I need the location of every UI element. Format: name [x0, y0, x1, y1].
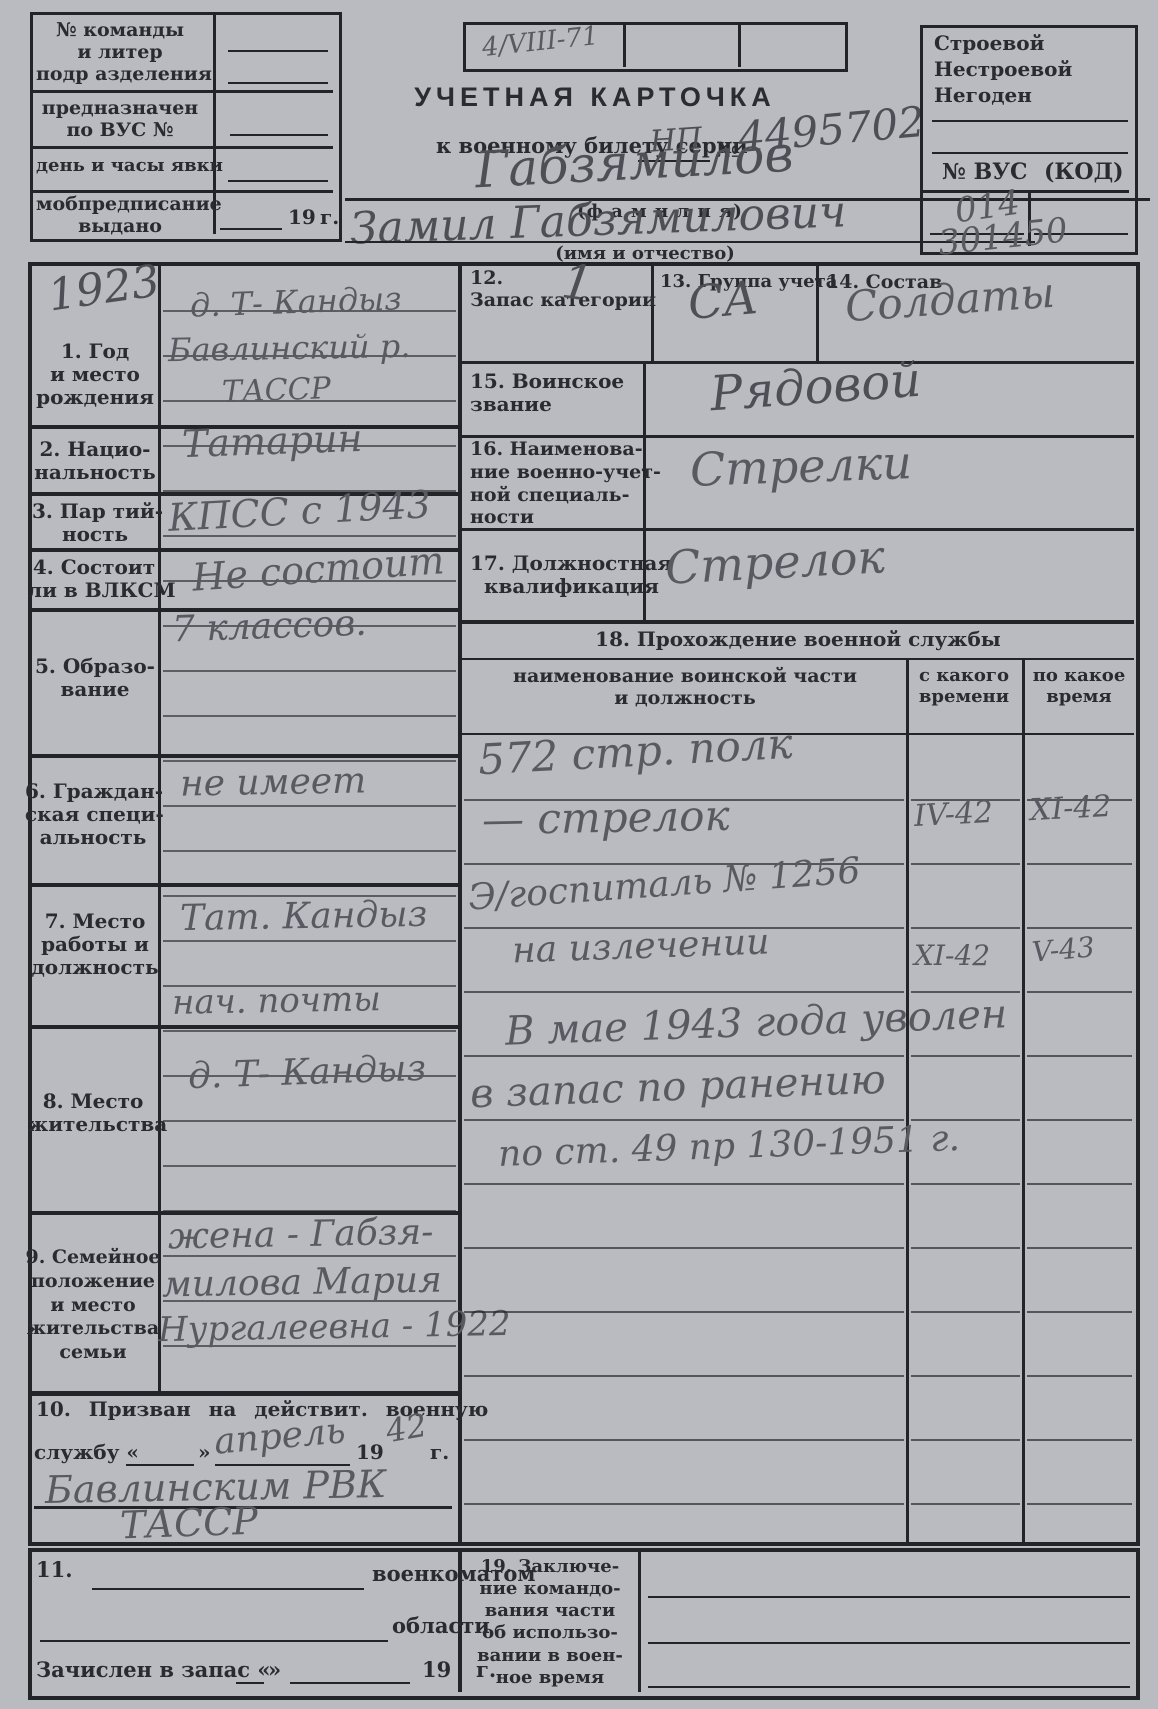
field8-label-l1: 8. Место — [28, 1090, 158, 1113]
blank-line — [648, 1686, 1130, 1688]
service-col3-l2: время — [1024, 687, 1134, 708]
hline — [33, 146, 333, 149]
field3-label-l1: 3. Пар тий- — [32, 500, 158, 523]
field8-label: 8. Место жительства — [28, 1090, 158, 1136]
service-col2-l2: времени — [908, 687, 1020, 708]
field3-label-l2: ность — [32, 523, 158, 546]
row-separator — [32, 1391, 458, 1396]
field9-label-l3: и место — [25, 1294, 161, 1318]
field1-value-l3: ТАССР — [221, 372, 331, 410]
field6-label-l3: альность — [25, 826, 161, 849]
field11-num: 11. — [36, 1558, 73, 1582]
corner-year-g: г. — [320, 206, 339, 229]
field19-label-l3: вания части — [466, 1600, 634, 1622]
field19-label-l5: вании в воен- — [466, 1645, 634, 1667]
corner-row1-l1: № команды — [36, 20, 204, 42]
service-col1-l2: и должность — [480, 688, 890, 710]
corner-row1-l3: подр азделения — [36, 64, 204, 86]
service-table-title: 18. Прохождение военной службы — [462, 628, 1134, 651]
vline — [638, 1552, 641, 1692]
field16-value: Стрелки — [689, 436, 913, 497]
field9-value-l3: Нургалеевна - 1922 — [158, 1305, 511, 1350]
blank-line — [648, 1642, 1130, 1644]
field5-label: 5. Образо- вание — [32, 655, 158, 701]
field19-label-l4: об использо- — [466, 1622, 634, 1644]
field11-zachislen: Зачислен в запас « — [36, 1658, 270, 1682]
blank-line — [92, 1588, 364, 1590]
field5-label-l2: вание — [32, 678, 158, 701]
field2-label-l2: нальность — [32, 461, 158, 484]
field19-label-l2: ние командо- — [466, 1578, 634, 1600]
field2-label-l1: 2. Нацио- — [32, 438, 158, 461]
field1-label-l3: рождения — [32, 386, 158, 409]
field9-label-l2: положение — [25, 1270, 161, 1294]
service-col1-l1: наименование воинской части — [480, 666, 890, 688]
field9-label-l5: семьи — [25, 1341, 161, 1365]
center-divider — [458, 266, 462, 1542]
service-row1-from: IV-42 — [913, 796, 994, 835]
service-row2-to: V-43 — [1031, 931, 1096, 969]
page-title: УЧЕТНАЯ КАРТОЧКА — [395, 82, 795, 113]
service-col3-l1: по какое — [1024, 666, 1134, 687]
field13-value: СА — [686, 271, 760, 330]
field10-year-print: 19 — [356, 1441, 384, 1464]
field15-label-l1: 15. Воинское — [470, 370, 624, 393]
field7-label-l2: работы и — [30, 933, 160, 956]
service-col2-l1: с какого — [908, 666, 1020, 687]
blank-line — [236, 1682, 264, 1684]
field7-value-l2: нач. почты — [172, 980, 382, 1023]
field8-label-l2: жительства — [28, 1113, 158, 1136]
service-row2-from: XI-42 — [914, 940, 990, 972]
field9-value-l1: жена - Габзя- — [168, 1212, 434, 1258]
field7-value-l1: Тат. Кандыз — [180, 894, 428, 940]
vus-label: № ВУС — [942, 160, 1028, 185]
table-col-divider — [1022, 658, 1025, 1542]
field16-label-l4: ности — [470, 506, 661, 529]
corner-row4-l1: мобпредписание — [36, 194, 204, 216]
field15-label-l2: звание — [470, 393, 624, 416]
service-row1-to: XI-42 — [1029, 790, 1112, 829]
field5-label-l1: 5. Образо- — [32, 655, 158, 678]
field6-value: не имеет — [180, 760, 367, 805]
corner-row1-l2: и литер — [36, 42, 204, 64]
field15-label: 15. Воинское звание — [470, 370, 624, 416]
field16-label: 16. Наименова- ние военно-учет- ной спец… — [470, 438, 661, 529]
service-col3-header: по какое время — [1024, 666, 1134, 707]
field2-label: 2. Нацио- нальность — [32, 438, 158, 484]
service-col1-header: наименование воинской части и должность — [480, 666, 890, 710]
field10-g: г. — [430, 1441, 449, 1464]
field5-value: 7 классов. — [171, 603, 367, 651]
field2-value: Татарин — [181, 417, 363, 467]
corner-year: 19 — [288, 206, 316, 229]
field10-tassr-handwriting: ТАССР — [119, 1500, 258, 1548]
field4-label-l1: 4. Состоит — [28, 556, 160, 579]
field16-label-l1: 16. Наименова- — [470, 438, 661, 461]
corner-row2-l1: предназначен — [36, 98, 204, 120]
field17-value: Стрелок — [664, 530, 886, 594]
hline — [33, 90, 333, 93]
field16-label-l2: ние военно-учет- — [470, 461, 661, 484]
fitness-nestroevoy: Нестроевой — [934, 58, 1072, 81]
blank-line — [228, 82, 328, 84]
field7-label-l3: должность — [30, 956, 160, 979]
field1-value-l2: Бавлинский р. — [168, 328, 411, 369]
corner-row4-label: мобпредписание выдано — [36, 194, 204, 238]
blank-line — [290, 1682, 410, 1684]
field4-label: 4. Состоит ли в ВЛКСМ — [28, 556, 160, 602]
blank-line — [932, 152, 1128, 154]
vline — [623, 24, 626, 67]
field1-value-l1: д. Т- Кандыз — [189, 280, 402, 324]
corner-row1-label: № команды и литер подр азделения — [36, 20, 204, 86]
vline — [738, 24, 741, 67]
blank-line — [648, 1596, 1130, 1598]
field17-label-l2: квалификация — [470, 575, 672, 598]
fitness-stroevoy: Строевой — [934, 32, 1044, 55]
field10-sluzhbu: службу « — [34, 1441, 139, 1464]
blank-line — [932, 120, 1128, 122]
hline — [462, 620, 1134, 624]
field3-label: 3. Пар тий- ность — [32, 500, 158, 546]
field11-close-quote: » — [268, 1658, 281, 1682]
corner-row2-l2: по ВУС № — [36, 120, 204, 142]
field1-label-l1: 1. Год — [32, 340, 158, 363]
field9-value-l2: милова Мария — [162, 1260, 443, 1306]
blank-line — [230, 134, 328, 136]
field11-year: 19 — [422, 1658, 451, 1682]
field6-label-l2: ская специ- — [25, 803, 161, 826]
ruled-lines-col3 — [1027, 737, 1132, 1542]
field9-label-l1: 9. Семейное — [25, 1246, 161, 1270]
service-row1-duty: — стрелок — [482, 792, 730, 845]
blank-line — [228, 50, 328, 52]
field8-value: д. Т- Кандыз — [187, 1048, 426, 1098]
field19-label-l6: ное время — [466, 1667, 634, 1689]
service-col2-header: с какого времени — [908, 666, 1020, 707]
field9-label-l4: жительства — [25, 1317, 161, 1341]
corner-row3-label: день и часы явки — [36, 156, 223, 177]
field10-close-quote: » — [198, 1441, 211, 1464]
corner-row2-label: предназначен по ВУС № — [36, 98, 204, 142]
field6-label-l1: 6. Граждан- — [25, 780, 161, 803]
field19-label: 19. Заключе- ние командо- вания части об… — [466, 1556, 634, 1689]
row-separator — [32, 1025, 458, 1029]
field9-label: 9. Семейное положение и место жительства… — [25, 1246, 161, 1365]
corner-row4-l2: выдано — [36, 216, 204, 238]
registration-card-page: № команды и литер подр азделения предназ… — [0, 0, 1158, 1709]
vus-code-label: (КОД) — [1044, 160, 1124, 185]
field1-label-l2: и место — [32, 363, 158, 386]
field4-label-l2: ли в ВЛКСМ — [28, 579, 160, 602]
table-col-divider — [906, 658, 909, 1542]
field17-label: 17. Должностная квалификация — [470, 552, 672, 598]
field7-label: 7. Место работы и должность — [30, 910, 160, 979]
blank-line — [228, 180, 328, 182]
field6-label: 6. Граждан- ская специ- альность — [25, 780, 161, 849]
field7-label-l1: 7. Место — [30, 910, 160, 933]
blank-line — [40, 1640, 388, 1642]
field19-label-l1: 19. Заключе- — [466, 1556, 634, 1578]
fitness-negoden: Негоден — [934, 84, 1032, 107]
hline — [462, 658, 1134, 660]
row-separator — [32, 754, 458, 758]
field10-year-handwriting: 42 — [383, 1407, 429, 1450]
field1-label: 1. Год и место рождения — [32, 340, 158, 409]
row-separator — [32, 883, 458, 887]
blank-line — [220, 228, 282, 230]
field16-label-l3: ной специаль- — [470, 484, 661, 507]
field17-label-l1: 17. Должностная — [470, 552, 672, 575]
